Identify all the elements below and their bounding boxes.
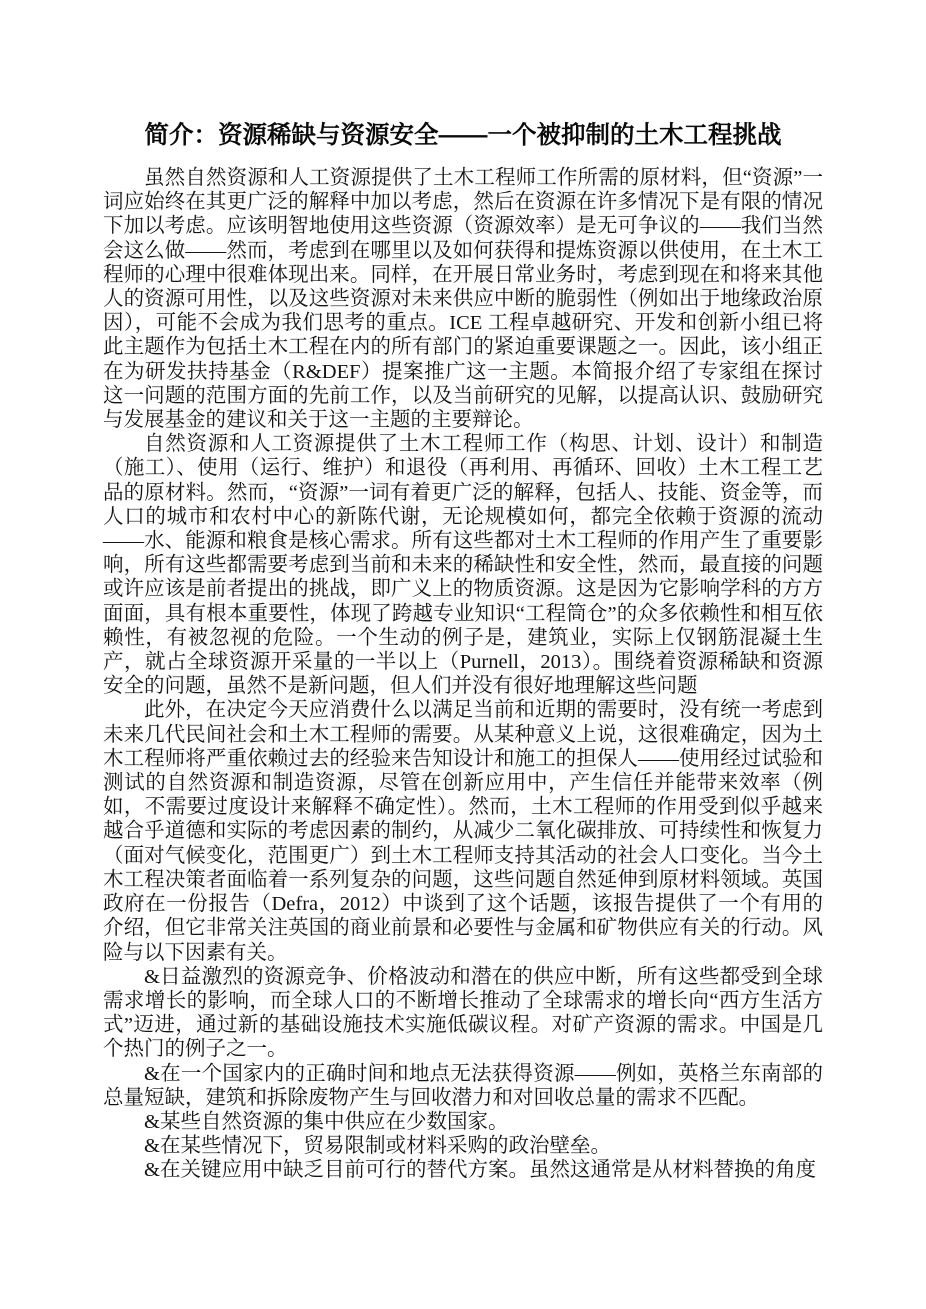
- document-body: 虽然自然资源和人工资源提供了土木工程师工作所需的原材料，但“资源”一词应始终在其…: [103, 166, 823, 1183]
- document-page: 简介：资源稀缺与资源安全——一个被抑制的土木工程挑战 虽然自然资源和人工资源提供…: [0, 0, 926, 1309]
- paragraph-3: 此外，在决定今天应消费什么以满足当前和近期的需要时，没有统一考虑到未来几代民间社…: [103, 698, 823, 964]
- paragraph-5-bullet: &在一个国家内的正确时间和地点无法获得资源——例如，英格兰东南部的总量短缺，建筑…: [103, 1062, 823, 1110]
- document-title: 简介：资源稀缺与资源安全——一个被抑制的土木工程挑战: [103, 121, 823, 151]
- paragraph-8-bullet: &在关键应用中缺乏目前可行的替代方案。虽然这通常是从材料替换的角度: [103, 1158, 823, 1182]
- paragraph-7-bullet: &在某些情况下，贸易限制或材料采购的政治壁垒。: [103, 1134, 823, 1158]
- paragraph-4-bullet: &日益激烈的资源竞争、价格波动和潜在的供应中断，所有这些都受到全球需求增长的影响…: [103, 965, 823, 1062]
- paragraph-1: 虽然自然资源和人工资源提供了土木工程师工作所需的原材料，但“资源”一词应始终在其…: [103, 166, 823, 432]
- paragraph-6-bullet: &某些自然资源的集中供应在少数国家。: [103, 1110, 823, 1134]
- paragraph-2: 自然资源和人工资源提供了土木工程师工作（构思、计划、设计）和制造（施工）、使用（…: [103, 432, 823, 698]
